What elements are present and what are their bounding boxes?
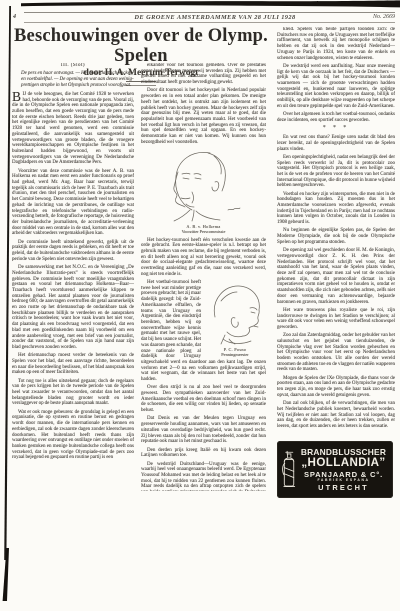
advertisement-brandblusscher: BRANDBLUSSCHER „HOLLANDIA” SPANJAARD & C… <box>277 441 393 498</box>
masthead: DE GROENE AMSTERDAMMER VAN 28 JULI 1928 <box>100 14 330 21</box>
paragraph: elkander voor het tournooi gemeden. Over… <box>141 63 266 86</box>
portrait-figure-holkema: A. B. v. Holkema Voorzitter Perscommissi… <box>154 148 254 235</box>
paragraph: De opening zal wel geschieden door H. M.… <box>277 248 395 305</box>
paragraph: Over het algemeen is toch het voetbal-to… <box>277 112 395 123</box>
column-2: elkander voor het tournooi gemeden. Over… <box>141 63 266 491</box>
ad-line-product: BRANDBLUSSCHER <box>298 448 389 456</box>
paragraph: Wat er ook moge gebeuren: de grondslag i… <box>12 410 134 461</box>
issue-number: No. 2669 <box>350 14 395 20</box>
paragraph: En wat rest ons thans? Eenige uren nadat… <box>277 135 395 152</box>
paragraph: kleid. Spelers van beide partijen toonde… <box>277 27 395 61</box>
paragraph: Dat Denis en van der Meulen tegen Urugua… <box>141 416 266 445</box>
paragraph: Het ware trouwens plus royaliste que le … <box>277 308 395 331</box>
portrait-sketch-icon <box>162 148 246 222</box>
paragraph: Nu beginnen de eigenlijke Spelen pas, de… <box>277 228 395 245</box>
paragraph: Tot nog toe is alles uitstekend gegaan; … <box>12 379 134 408</box>
paragraph: De samenwerking met het N.O.C. en de Ver… <box>12 265 134 351</box>
paragraph: BIJ de vele besognes, die het Comité 192… <box>12 92 134 166</box>
paragraph: De commissie heeft uitstekend gewerkt, g… <box>12 240 134 263</box>
portrait-figure-posno: P. C. Posno Penningmeester <box>204 281 266 358</box>
column-3: kleid. Spelers van beide partijen toonde… <box>277 27 395 435</box>
paragraph: De wedstrijd werd een aanfluiting. Naar … <box>277 64 395 110</box>
section-divider: * * * <box>277 126 395 132</box>
portrait-sketch-icon <box>206 281 264 345</box>
header-rule-bottom <box>24 22 395 23</box>
figure-caption-role: Voorzitter Perscommissie <box>154 230 254 235</box>
ad-line-city: UTRECHT <box>298 484 389 491</box>
article-motto: De pers en haar ontvangst. — Het Nederla… <box>12 71 134 89</box>
paragraph: Den derden prijs kreeg Italië en hij kwa… <box>141 448 266 459</box>
page-number: 4 <box>13 14 16 20</box>
newspaper-page: 4 DE GROENE AMSTERDAMMER VAN 28 JULI 192… <box>0 0 400 611</box>
article-title: Beschouwingen over de Olymp. Spelen <box>12 26 270 66</box>
paragraph: Voorzitter van deze commissie was de hee… <box>12 169 134 237</box>
ad-line-brand: „HOLLANDIA” <box>298 457 389 469</box>
section-heading: III. (Slot) <box>12 63 134 69</box>
column-1: III. (Slot) De pers en haar ontvangst. —… <box>12 63 134 491</box>
paragraph: Het hockey-tournooi heeft één verscholen… <box>141 238 266 278</box>
fire-extinguisher-icon <box>281 447 298 493</box>
paragraph: Door dit tournooi is het hockeyspel in N… <box>141 88 266 145</box>
paragraph: Zoo zal dan Zaterdagmiddag, onder het ge… <box>277 333 395 373</box>
paragraph: De wedstrijd Duitschland—Uruguay was de … <box>141 462 266 491</box>
paragraph: Voetbal en hockey zijn wintersporten, di… <box>277 192 395 226</box>
paragraph: Het driemanschap moest verder de beteeke… <box>12 353 134 376</box>
paragraph: Een openingsplechtigheid, nadat een bela… <box>277 155 395 189</box>
paragraph: Dan zal ook blijken, of de verwachtingen… <box>277 401 395 430</box>
paragraph: Over dien strijd is nu al zoo heel veel … <box>141 385 266 414</box>
ad-line-company: SPANJAARD & C°. <box>298 471 389 479</box>
paragraph: Mogen de Spelen der IXe Olympiade, die t… <box>277 376 395 399</box>
figure-caption-role: Penningmeester <box>204 353 266 358</box>
ad-text-block: BRANDBLUSSCHER „HOLLANDIA” SPANJAARD & C… <box>298 448 393 491</box>
